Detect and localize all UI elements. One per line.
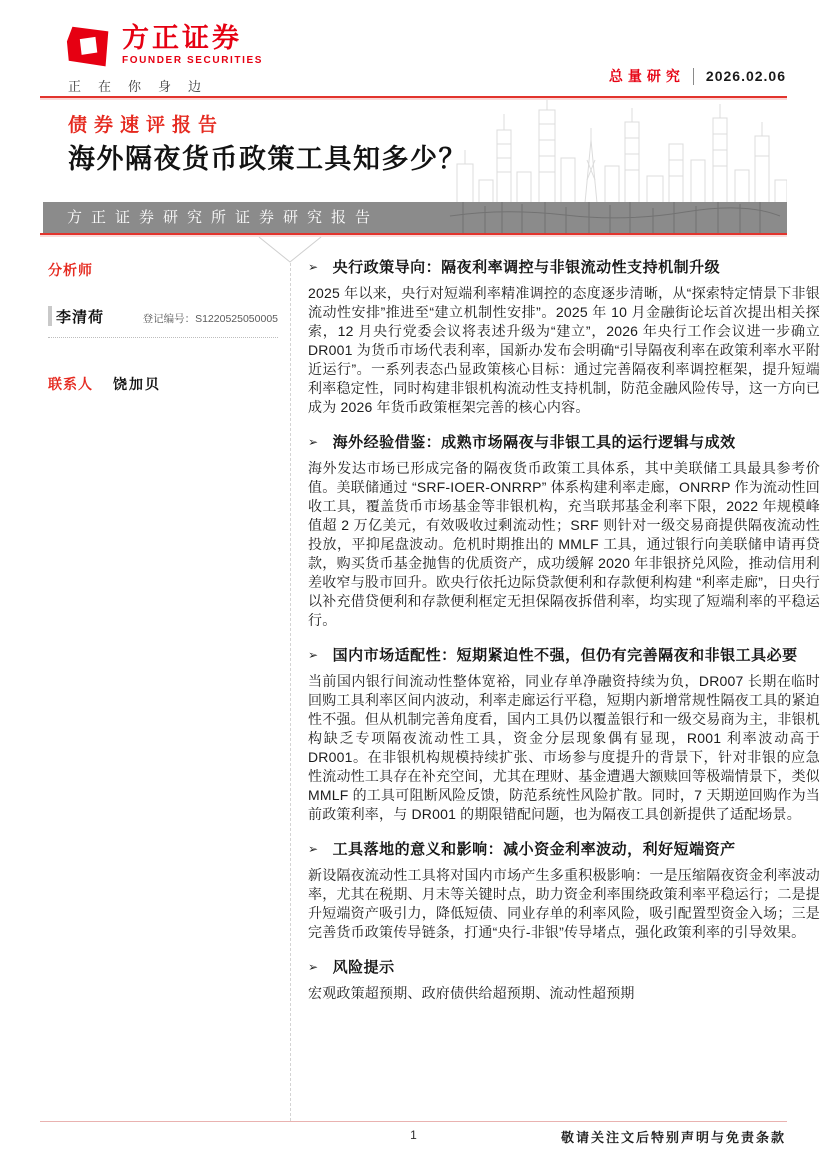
footer-rule bbox=[40, 1121, 787, 1122]
section-title: 国内市场适配性：短期紧迫性不强，但仍有完善隔夜和非银工具必要 bbox=[333, 644, 798, 665]
section-heading: ➢ 国内市场适配性：短期紧迫性不强，但仍有完善隔夜和非银工具必要 bbox=[308, 644, 820, 665]
analyst-name: 李清荷 bbox=[56, 306, 104, 327]
analyst-sidebar: 分析师 李清荷 登记编号：S1220525050005 联系人 饶加贝 bbox=[48, 260, 278, 394]
city-skyline-watermark bbox=[447, 100, 787, 203]
bullet-arrow-icon: ➢ bbox=[308, 260, 319, 274]
section-impact: ➢ 工具落地的意义和影响：减小资金利率波动，利好短端资产 新设隔夜流动性工具将对… bbox=[308, 838, 820, 942]
section-title: 央行政策导向：隔夜利率调控与非银流动性支持机制升级 bbox=[333, 256, 721, 277]
research-category-label: 总量研究 bbox=[609, 66, 685, 86]
banner-skyline-watermark bbox=[445, 202, 785, 233]
column-divider bbox=[290, 263, 291, 1121]
section-paragraph: 新设隔夜流动性工具将对国内市场产生多重积极影响：一是压缩隔夜资金利率波动率，尤其… bbox=[308, 866, 820, 942]
contact-row: 联系人 饶加贝 bbox=[48, 374, 278, 394]
analyst-reg-number: S1220525050005 bbox=[195, 313, 278, 325]
logo-company-name: 方正证券 bbox=[122, 24, 263, 52]
bullet-arrow-icon: ➢ bbox=[308, 648, 319, 662]
header-rule bbox=[40, 96, 787, 98]
footer-disclaimer-notice: 敬请关注文后特别声明与免责条款 bbox=[561, 1127, 786, 1146]
report-page: 方正证券 FOUNDER SECURITIES 正在你身边 总量研究 2026.… bbox=[0, 0, 826, 1169]
section-overseas-experience: ➢ 海外经验借鉴：成熟市场隔夜与非银工具的运行逻辑与成效 海外发达市场已形成完备… bbox=[308, 431, 820, 630]
section-heading: ➢ 央行政策导向：隔夜利率调控与非银流动性支持机制升级 bbox=[308, 256, 820, 277]
analyst-label: 分析师 bbox=[48, 260, 278, 280]
bullet-arrow-icon: ➢ bbox=[308, 435, 319, 449]
analyst-row: 李清荷 登记编号：S1220525050005 bbox=[48, 304, 278, 338]
contact-name: 饶加贝 bbox=[113, 374, 161, 394]
company-logo: 方正证券 FOUNDER SECURITIES bbox=[66, 24, 263, 70]
analyst-reg-label: 登记编号： bbox=[143, 313, 196, 325]
section-title: 海外经验借鉴：成熟市场隔夜与非银工具的运行逻辑与成效 bbox=[333, 431, 736, 452]
section-paragraph: 当前国内银行间流动性整体宽裕，同业存单净融资持续为负，DR007 长期在临时回购… bbox=[308, 672, 820, 824]
report-meta: 总量研究 2026.02.06 bbox=[609, 66, 786, 86]
section-paragraph: 宏观政策超预期、政府债供给超预期、流动性超预期 bbox=[308, 984, 820, 1003]
section-domestic-fit: ➢ 国内市场适配性：短期紧迫性不强，但仍有完善隔夜和非银工具必要 当前国内银行间… bbox=[308, 644, 820, 824]
section-title: 工具落地的意义和影响：减小资金利率波动，利好短端资产 bbox=[333, 838, 736, 859]
section-paragraph: 海外发达市场已形成完备的隔夜货币政策工具体系，其中美联储工具最具参考价值。美联储… bbox=[308, 459, 820, 630]
brand-tagline: 正在你身边 bbox=[68, 76, 218, 95]
institute-banner-text: 方正证券研究所证券研究报告 bbox=[67, 202, 379, 233]
analyst-registration: 登记编号：S1220525050005 bbox=[143, 311, 278, 326]
analyst-accent-bar bbox=[48, 306, 52, 326]
report-type-label: 债券速评报告 bbox=[68, 110, 224, 137]
logo-text: 方正证券 FOUNDER SECURITIES bbox=[122, 24, 263, 66]
section-paragraph: 2025 年以来，央行对短端利率精准调控的态度逐步清晰，从“探索特定情景下非银流… bbox=[308, 284, 820, 417]
bullet-arrow-icon: ➢ bbox=[308, 960, 319, 974]
section-policy-direction: ➢ 央行政策导向：隔夜利率调控与非银流动性支持机制升级 2025 年以来，央行对… bbox=[308, 256, 820, 417]
institute-banner: 方正证券研究所证券研究报告 bbox=[43, 202, 787, 233]
meta-divider bbox=[693, 68, 694, 85]
bullet-arrow-icon: ➢ bbox=[308, 842, 319, 856]
report-title: 海外隔夜货币政策工具知多少？ bbox=[68, 137, 467, 176]
contact-label: 联系人 bbox=[48, 374, 93, 394]
section-heading: ➢ 工具落地的意义和影响：减小资金利率波动，利好短端资产 bbox=[308, 838, 820, 859]
section-title: 风险提示 bbox=[333, 956, 395, 977]
logo-company-name-en: FOUNDER SECURITIES bbox=[122, 55, 263, 66]
founder-securities-logo-icon bbox=[66, 24, 112, 70]
section-heading: ➢ 风险提示 bbox=[308, 956, 820, 977]
report-date: 2026.02.06 bbox=[706, 68, 786, 84]
section-risk-warning: ➢ 风险提示 宏观政策超预期、政府债供给超预期、流动性超预期 bbox=[308, 956, 820, 1003]
report-body: ➢ 央行政策导向：隔夜利率调控与非银流动性支持机制升级 2025 年以来，央行对… bbox=[308, 256, 820, 1003]
banner-rule bbox=[40, 233, 787, 235]
section-heading: ➢ 海外经验借鉴：成熟市场隔夜与非银工具的运行逻辑与成效 bbox=[308, 431, 820, 452]
